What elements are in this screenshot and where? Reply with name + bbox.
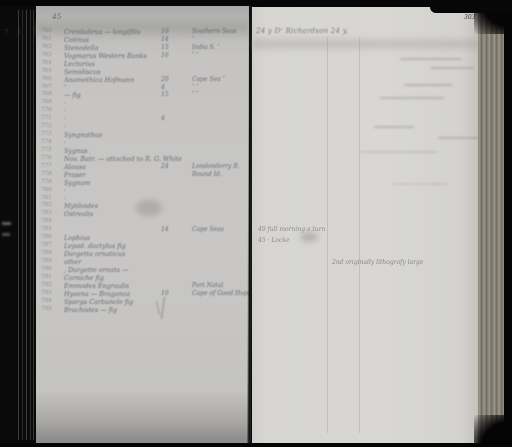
specimen-count: 24 [161,163,169,170]
left-ledger-page: 45 7 · 3 760Crenilabrus — longifilis10So… [36,5,249,443]
right-page-number: 303 [464,14,475,21]
species-name: Lecturius [64,60,95,68]
species-name: · [64,107,66,115]
ledger-row: 791Corniche fig [36,274,249,282]
ledger-row: 771·4 [36,115,249,123]
specimen-count: 15 [161,44,169,51]
entry-number: 778 [41,171,52,177]
ledger-row: 764Lecturius [36,60,249,68]
ledger-row: 760Crenilabrus — longifilis10Southern Se… [36,28,249,36]
specimen-count: 10 [161,290,169,297]
ledger-row: 768— fig15″ ″ [36,91,249,99]
page-edge-line [30,10,31,440]
species-name: Brachistes — fig [64,306,117,314]
entry-number: 775 [41,147,52,153]
entry-number: 779 [41,179,52,185]
entry-number: 788 [41,250,52,256]
ledger-row: 78514Cape Seas [36,226,249,234]
specimen-count: 15 [161,91,169,98]
entry-number: 774 [41,139,52,145]
ledger-row: 767″4″ ″ [36,84,249,92]
entry-number: 769 [41,99,52,105]
ledger-row: 772· [36,123,249,131]
pencil-note: 45 · Locke [258,237,290,244]
left-margin-code: 7 · 3 [4,29,21,37]
species-name: Vogmarus Western Banks [64,52,147,60]
species-name: Crenilabrus — longifilis [64,28,141,36]
species-name: Sygnum [64,179,90,187]
entry-number: 789 [41,258,52,264]
species-name: · [64,99,66,107]
ledger-row: 774· [36,139,249,147]
entry-number: 773 [41,131,52,137]
pencil-note: 49 full morning a turn [258,226,325,233]
ledger-row: 763Vogmarus Western Banks16″ ″ [36,52,249,60]
ledger-row: 770· [36,107,249,115]
locality: ″ [192,36,194,43]
bleed-through-mark [374,126,414,128]
right-ledger-page: 24 y Dʳ Richardson 24 y. 49 full morning… [252,7,480,447]
entry-number: 781 [41,195,52,201]
ledger-row: 765Semidiscus [36,68,249,76]
locality: Cape Sea ″ [192,76,225,83]
pencil-note: 2nd originally lithografy large [332,259,423,266]
page-edge-line [18,10,19,440]
locality: Cape Seas [192,226,224,233]
photo-right-border [504,0,512,447]
ledger-row: 778FraserRound Id. [36,171,249,179]
ledger-row: 786Lophius [36,234,249,242]
locality: ″ ″ [192,91,198,98]
species-name: Corniche fig [64,274,104,282]
species-name: Emmodes Engraulis [64,282,129,290]
ledger-row: 790, Dargette ornata — [36,266,249,274]
species-name: — fig [64,91,81,99]
ledger-row: 780· [36,187,249,195]
entry-number: 795 [41,306,52,312]
left-page-number: 45 [52,12,62,21]
paper-stain [300,232,318,242]
ledger-row: 761Cotinus14″ [36,36,249,44]
entry-number: 791 [41,274,52,280]
ledger-row: 789other [36,258,249,266]
entry-number: 780 [41,187,52,193]
bleed-through-mark [392,183,448,185]
bleed-through-mark [380,97,444,99]
photo-bottom-border [0,443,512,447]
ledger-row: 769· [36,99,249,107]
species-name: Anamethica Hofmann [64,76,134,84]
species-name: Stenodella [64,44,98,52]
entry-number: 786 [41,234,52,240]
book-photo: 45 7 · 3 760Crenilabrus — longifilis10So… [0,0,512,447]
locality: Port Natal [192,282,223,289]
specimen-count: 20 [161,76,169,83]
margin-chalk-mark [2,222,11,225]
column-rule [359,37,360,433]
entry-number: 787 [41,242,52,248]
entry-number: 761 [41,36,52,42]
specimen-count: 4 [161,84,165,91]
entry-number: 772 [41,123,52,129]
species-name: Nov. Batr. — attached to R. G. White [64,155,182,163]
locality: Round Id. [192,171,222,178]
column-rule [327,37,328,433]
ledger-row: 788Dargetta ornaticus [36,250,249,258]
entry-number: 777 [41,163,52,169]
entry-number: 762 [41,44,52,50]
ledger-rows: 760Crenilabrus — longifilis10Southern Se… [36,28,249,328]
locality: Cape of Good Hope [192,290,251,297]
species-name: Fraser [64,171,85,179]
species-name: Cotinus [64,36,89,44]
specimen-count: 10 [161,28,169,35]
entry-number: 793 [41,290,52,296]
photo-top-border [430,0,512,13]
bleed-through-mark [400,58,462,60]
entry-number: 771 [41,115,52,121]
species-name: ″ [64,84,66,92]
ledger-row: 762Stenodella15India S. ″ [36,44,249,52]
species-name: Mytiloides [64,202,98,210]
locality: Southern Seas [192,28,236,35]
species-name: · [64,115,66,123]
specimen-count: 4 [161,115,165,122]
species-name: · [64,195,66,203]
right-page-header-note: 24 y Dʳ Richardson 24 y. [256,27,348,35]
species-name: Lophius [64,234,90,242]
entry-number: 766 [41,76,52,82]
page-edge-line [22,10,23,440]
species-name: · [64,187,66,195]
species-name: , Dargette ornata — [64,266,129,274]
entry-number: 764 [41,60,52,66]
entry-number: 783 [41,210,52,216]
locality: ″ ″ [192,52,198,59]
bleed-through-mark [404,84,452,86]
species-name: Alausa [64,163,86,171]
ledger-row: 793Hyaena — Braganza10Cape of Good Hope [36,290,249,298]
entry-number: 792 [41,282,52,288]
species-name: Sygnus [64,147,88,155]
species-name: Hyaena — Braganza [64,290,130,298]
ledger-row: 775Sygnus [36,147,249,155]
left-page-edges [0,0,36,447]
entry-number: 765 [41,68,52,74]
species-name: · [64,139,66,147]
ledger-row: 795Brachistes — fig [36,306,249,314]
ledger-row: 792Emmodes EngraulisPort Natal [36,282,249,290]
locality: India S. ″ [192,44,219,51]
ledger-row: 784 [36,218,249,226]
entry-number: 776 [41,155,52,161]
entry-number: 785 [41,226,52,232]
entry-number: 767 [41,84,52,90]
entry-number: 768 [41,91,52,97]
species-name: Semidiscus [64,68,101,76]
locality: ″ ″ [192,84,198,91]
entry-number: 784 [41,218,52,224]
bleed-through-mark [430,67,474,69]
ledger-row: 773Syngnathus [36,131,249,139]
ledger-row: 766Anamethica Hofmann20Cape Sea ″ [36,76,249,84]
ledger-row: 794Sparga Carbuncle fig [36,298,249,306]
page-edge-line [26,10,27,440]
specimen-count: 14 [161,36,169,43]
species-name: Lepad. dactylus fig [64,242,126,250]
bleed-through-mark [360,151,438,153]
locality: Londonderry B. [192,163,240,170]
species-name: Sparga Carbuncle fig [64,298,133,306]
paper-stain [136,200,162,216]
margin-chalk-mark [2,233,10,236]
right-page-edges [478,0,506,447]
ledger-row: 779Sygnum [36,179,249,187]
species-name: Ostrealis [64,210,93,218]
species-name: other [64,258,81,266]
entry-number: 782 [41,202,52,208]
entry-number: 794 [41,298,52,304]
entry-number: 790 [41,266,52,272]
species-name: Dargetta ornaticus [64,250,125,258]
ledger-row: 787Lepad. dactylus fig [36,242,249,250]
species-name: · [64,123,66,131]
entry-number: 770 [41,107,52,113]
species-name: Syngnathus [64,131,102,139]
ledger-row: 777Alausa24Londonderry B. [36,163,249,171]
entry-number: 760 [41,28,52,34]
specimen-count: 16 [161,52,169,59]
entry-number: 763 [41,52,52,58]
ledger-row: 776Nov. Batr. — attached to R. G. White [36,155,249,163]
specimen-count: 14 [161,226,169,233]
page-edge-line [33,10,34,440]
page-curl-shadow [252,35,480,53]
